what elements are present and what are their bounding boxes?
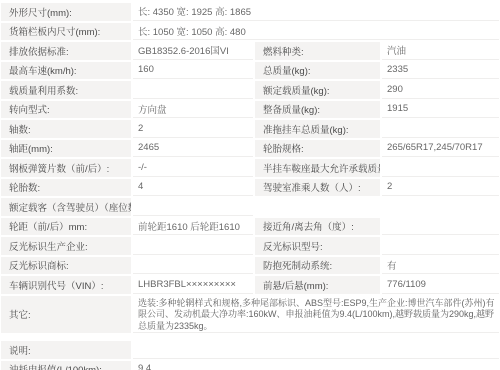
spec-label: 车辆识别代号（VIN）: — [1, 276, 131, 294]
spec-label: 最高车速(km/h): — [1, 62, 131, 80]
spec-value: 有 — [382, 257, 499, 275]
spec-label: 轮胎规格: — [255, 140, 380, 158]
spec-row-axles: 轴数: 2 准拖挂车总质量(kg): — [1, 120, 499, 138]
empty-cell — [255, 198, 499, 216]
spec-value: 汽油 — [382, 42, 499, 60]
spec-value — [382, 120, 499, 138]
spec-label: 说明: — [1, 341, 131, 359]
spec-label: 油耗申报值(L/100km): — [1, 361, 131, 370]
spec-row-reflector-maker: 反光标识生产企业: 反光标识型号: — [1, 237, 499, 255]
spec-row-steering: 转向型式: 方向盘 整备质量(kg): 1915 — [1, 101, 499, 119]
spec-row-fuel-consumption: 油耗申报值(L/100km): 9.4 — [1, 361, 499, 370]
spec-value: 前轮距1610 后轮距1610 — [133, 218, 253, 236]
spec-value: 方向盘 — [133, 101, 253, 119]
spec-label: 反光标识生产企业: — [1, 237, 131, 255]
spec-row-seats: 额定载客（含驾驶员）（座位数）: — [1, 198, 499, 216]
spec-label: 接近角/离去角（度）: — [255, 218, 380, 236]
spec-row-tire-count: 轮胎数: 4 驾驶室准乘人数（人）: 2 — [1, 179, 499, 197]
spec-row-cargo-box: 货箱栏板内尺寸(mm): 长: 1050 宽: 1050 高: 480 — [1, 23, 499, 41]
spec-row-notes: 说明: — [1, 341, 499, 359]
spec-label: 反光标识型号: — [255, 237, 380, 255]
spec-label: 额定载客（含驾驶员）（座位数）: — [1, 198, 131, 216]
spec-label: 排放依据标准: — [1, 42, 131, 60]
spec-label: 轴距(mm): — [1, 140, 131, 158]
spec-label: 反光标识商标: — [1, 257, 131, 275]
spec-value: 2335 — [382, 62, 499, 80]
spec-value: 1915 — [382, 101, 499, 119]
spec-row-load-factor: 载质量利用系数: 额定载质量(kg): 290 — [1, 81, 499, 99]
spec-value — [133, 257, 253, 275]
spec-label: 其它: — [1, 296, 131, 334]
spec-row-speed-mass: 最高车速(km/h): 160 总质量(kg): 2335 — [1, 62, 499, 80]
spec-value: LHBR3FBL××××××××× — [133, 276, 253, 294]
spec-value: 160 — [133, 62, 253, 80]
spec-label: 准拖挂车总质量(kg): — [255, 120, 380, 138]
spec-value — [133, 341, 499, 359]
spec-label: 轮距（前/后）mm: — [1, 218, 131, 236]
spec-label: 外形尺寸(mm): — [1, 3, 131, 21]
spec-label: 总质量(kg): — [255, 62, 380, 80]
spec-label: 载质量利用系数: — [1, 81, 131, 99]
spec-value: 2 — [133, 120, 253, 138]
spec-label: 钢板弹簧片数（前/后）: — [1, 159, 131, 177]
spec-row-other: 其它: 选装:多种轮辋样式和规格,多种尾部标识、ABS型号:ESP9,生产企业:… — [1, 296, 499, 334]
spec-label: 燃料种类: — [255, 42, 380, 60]
spec-label: 驾驶室准乘人数（人）: — [255, 179, 380, 197]
spec-value: 4 — [133, 179, 253, 197]
spec-row-springs: 钢板弹簧片数（前/后）: -/- 半挂车鞍座最大允许承载质量(kg): — [1, 159, 499, 177]
spec-value: 长: 1050 宽: 1050 高: 480 — [133, 23, 499, 41]
spec-value: 290 — [382, 81, 499, 99]
spec-label: 额定载质量(kg): — [255, 81, 380, 99]
spec-value: 9.4 — [133, 361, 499, 370]
spec-label: 整备质量(kg): — [255, 101, 380, 119]
spec-row-reflector-brand-abs: 反光标识商标: 防抱死制动系统: 有 — [1, 257, 499, 275]
spec-value: GB18352.6-2016国VI — [133, 42, 253, 60]
spec-row-wheelbase-tires: 轴距(mm): 2465 轮胎规格: 265/65R17,245/70R17 — [1, 140, 499, 158]
spec-label: 轴数: — [1, 120, 131, 138]
spec-value — [133, 81, 253, 99]
spec-row-emission-fuel: 排放依据标准: GB18352.6-2016国VI 燃料种类: 汽油 — [1, 42, 499, 60]
spec-label: 前悬/后悬(mm): — [255, 276, 380, 294]
spec-value: 776/1109 — [382, 276, 499, 294]
spec-label: 半挂车鞍座最大允许承载质量(kg): — [255, 159, 380, 177]
spec-label: 防抱死制动系统: — [255, 257, 380, 275]
spec-value: 选装:多种轮辋样式和规格,多种尾部标识、ABS型号:ESP9,生产企业:博世汽车… — [133, 296, 499, 334]
spec-row-track-angles: 轮距（前/后）mm: 前轮距1610 后轮距1610 接近角/离去角（度）: — [1, 218, 499, 236]
spec-label: 轮胎数: — [1, 179, 131, 197]
spec-row-vin-overhang: 车辆识别代号（VIN）: LHBR3FBL××××××××× 前悬/后悬(mm)… — [1, 276, 499, 294]
spec-value: 长: 4350 宽: 1925 高: 1865 — [133, 3, 499, 21]
spec-value: 2 — [382, 179, 499, 197]
spec-value: 2465 — [133, 140, 253, 158]
spec-value: -/- — [133, 159, 253, 177]
spec-value — [133, 237, 253, 255]
spec-value — [382, 159, 499, 177]
spec-value — [382, 237, 499, 255]
spec-value — [133, 198, 253, 216]
spec-label: 转向型式: — [1, 101, 131, 119]
spec-value — [382, 218, 499, 236]
spec-row-dimensions: 外形尺寸(mm): 长: 4350 宽: 1925 高: 1865 — [1, 3, 499, 21]
spec-value: 265/65R17,245/70R17 — [382, 140, 499, 158]
spec-label: 货箱栏板内尺寸(mm): — [1, 23, 131, 41]
vehicle-spec-table: 外形尺寸(mm): 长: 4350 宽: 1925 高: 1865 货箱栏板内尺… — [0, 0, 500, 370]
